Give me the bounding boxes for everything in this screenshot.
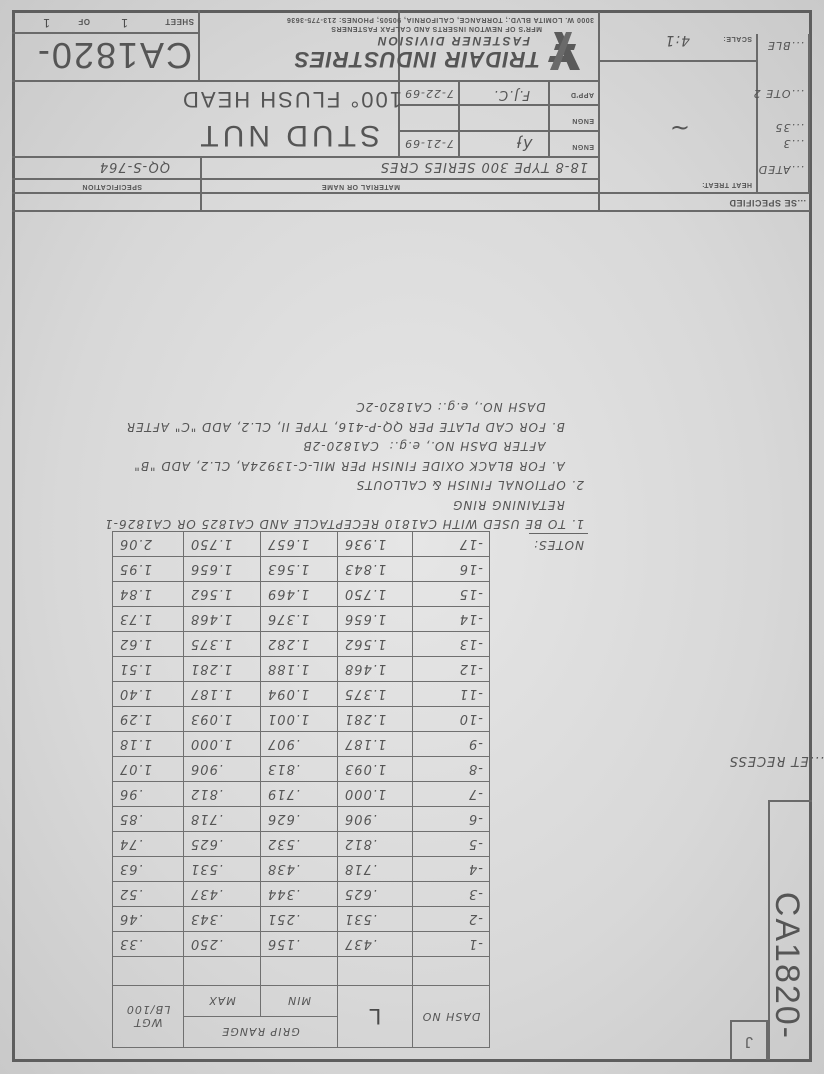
cell-wgt: .52 bbox=[113, 882, 184, 907]
cell-dash-no: -1 bbox=[413, 932, 490, 957]
cell-wgt: 1.29 bbox=[113, 707, 184, 732]
mfr-line: MFR'S OF NEWTON INSERTS AND CALFAX FASTE… bbox=[331, 25, 542, 32]
table-row: -4.718.438.531.63 bbox=[113, 857, 490, 882]
header-max: MAX bbox=[184, 986, 261, 1017]
cell-l: 1.187 bbox=[338, 732, 413, 757]
cell-grip-max: 1.000 bbox=[184, 732, 261, 757]
revision-letter: J bbox=[745, 1033, 753, 1050]
cell-dash-no: -16 bbox=[413, 557, 490, 582]
cell-grip-max: 1.375 bbox=[184, 632, 261, 657]
notes-heading: NOTES: bbox=[529, 534, 588, 555]
notes-section: NOTES: 1. TO BE USED WITH CA1810 RECEPTA… bbox=[24, 397, 584, 554]
note-line: 2. OPTIONAL FINISH & CALLOUTS bbox=[24, 475, 584, 495]
part-number: CA1820- bbox=[36, 34, 192, 76]
cell-l: 1.281 bbox=[338, 707, 413, 732]
unless-specified-label: ...SE SPECIFIED bbox=[729, 198, 806, 208]
engn1-label: ENGN bbox=[572, 143, 594, 150]
partial-text: ...BLE bbox=[767, 39, 804, 52]
cell-grip-max: .812 bbox=[184, 782, 261, 807]
engn1-signature: ʎɟ bbox=[515, 135, 532, 154]
cell-dash-no: -4 bbox=[413, 857, 490, 882]
drawing-sheet: CA1820- J ...ET RECESS DASH NO L GRIP RA… bbox=[0, 0, 824, 1074]
cell-l: .906 bbox=[338, 807, 413, 832]
cell-grip-max: .250 bbox=[184, 932, 261, 957]
cell-l: 1.375 bbox=[338, 682, 413, 707]
cell-wgt: 1.07 bbox=[113, 757, 184, 782]
note-line: A. FOR BLACK OXIDE FINISH PER MIL-C-1392… bbox=[24, 456, 584, 476]
specification-label: SPECIFICATION bbox=[82, 183, 142, 190]
header-grip-range: GRIP RANGE bbox=[184, 1017, 338, 1048]
cell-l: .625 bbox=[338, 882, 413, 907]
table-row: -111.3751.0941.1871.40 bbox=[113, 682, 490, 707]
cell-wgt: 1.40 bbox=[113, 682, 184, 707]
table-row: -151.7501.4691.5621.84 bbox=[113, 582, 490, 607]
cell-grip-max: .343 bbox=[184, 907, 261, 932]
table-row: -91.187.9071.0001.18 bbox=[113, 732, 490, 757]
cell-wgt: 1.62 bbox=[113, 632, 184, 657]
cell-grip-min: 1.188 bbox=[261, 657, 338, 682]
cell-grip-min: 1.282 bbox=[261, 632, 338, 657]
cell-dash-no: -2 bbox=[413, 907, 490, 932]
cell-l: .531 bbox=[338, 907, 413, 932]
drawing-title-line2: 100° FLUSH HEAD bbox=[181, 86, 402, 112]
of-label: OF bbox=[78, 17, 90, 26]
note-line: RETAINING RING bbox=[24, 495, 584, 515]
cell-grip-min: .907 bbox=[261, 732, 338, 757]
cell-wgt: 1.51 bbox=[113, 657, 184, 682]
cell-grip-min: 1.094 bbox=[261, 682, 338, 707]
cell-grip-max: .531 bbox=[184, 857, 261, 882]
cell-grip-min: .719 bbox=[261, 782, 338, 807]
table-row: -71.000.719.812.96 bbox=[113, 782, 490, 807]
table-row: -131.5621.2821.3751.62 bbox=[113, 632, 490, 657]
cell-grip-max: 1.656 bbox=[184, 557, 261, 582]
material-label: MATERIAL OR NAME bbox=[321, 183, 400, 190]
cell-l: 1.093 bbox=[338, 757, 413, 782]
side-part-number: CA1820- bbox=[767, 892, 806, 1040]
cell-grip-min: .532 bbox=[261, 832, 338, 857]
cell-grip-max: 1.562 bbox=[184, 582, 261, 607]
partial-callout: ...ET RECESS bbox=[729, 753, 824, 768]
cell-dash-no: -7 bbox=[413, 782, 490, 807]
cell-l: 1.750 bbox=[338, 582, 413, 607]
side-part-number-box: CA1820- bbox=[768, 800, 812, 1060]
table-blank-row bbox=[113, 957, 490, 986]
table-row: -2.531.251.343.46 bbox=[113, 907, 490, 932]
table-row: -161.8431.5631.6561.95 bbox=[113, 557, 490, 582]
cell-dash-no: -15 bbox=[413, 582, 490, 607]
cell-grip-min: .626 bbox=[261, 807, 338, 832]
scale-label: SCALE: bbox=[723, 35, 752, 42]
cell-wgt: .85 bbox=[113, 807, 184, 832]
cell-dash-no: -3 bbox=[413, 882, 490, 907]
cell-grip-min: 1.376 bbox=[261, 607, 338, 632]
cell-l: 1.468 bbox=[338, 657, 413, 682]
cell-grip-min: .813 bbox=[261, 757, 338, 782]
material-value: 18-8 TYPE 300 SERIES CRES bbox=[380, 159, 588, 174]
cell-grip-min: .156 bbox=[261, 932, 338, 957]
cell-grip-min: 1.563 bbox=[261, 557, 338, 582]
cell-grip-max: .906 bbox=[184, 757, 261, 782]
heat-treat-value: ~ bbox=[669, 114, 690, 142]
note-line: AFTER DASH NO., e.g.: CA1820-2B bbox=[24, 436, 584, 456]
partial-text: ...OTE 2 bbox=[753, 87, 804, 100]
drawing-title-line1: STUD NUT bbox=[196, 118, 380, 152]
table-row: -101.2811.0011.0931.29 bbox=[113, 707, 490, 732]
partial-text: ...35 bbox=[775, 121, 805, 134]
dash-number-table: DASH NO L GRIP RANGE WGT LB/100 MIN MAX … bbox=[112, 531, 490, 1048]
cell-dash-no: -9 bbox=[413, 732, 490, 757]
sheet-total: 1 bbox=[43, 16, 50, 30]
table-row: -141.6561.3761.4681.73 bbox=[113, 607, 490, 632]
heat-treat-label: HEAT TREAT: bbox=[702, 181, 752, 188]
cell-dash-no: -5 bbox=[413, 832, 490, 857]
sheet-number: 1 bbox=[121, 16, 128, 30]
cell-wgt: .96 bbox=[113, 782, 184, 807]
cell-dash-no: -10 bbox=[413, 707, 490, 732]
cell-wgt: 1.73 bbox=[113, 607, 184, 632]
revision-box: J bbox=[730, 1020, 768, 1060]
cell-dash-no: -11 bbox=[413, 682, 490, 707]
engn1-date: 7-21-69 bbox=[404, 137, 454, 150]
table-row: -121.4681.1881.2811.51 bbox=[113, 657, 490, 682]
cell-grip-max: 1.187 bbox=[184, 682, 261, 707]
cell-l: .437 bbox=[338, 932, 413, 957]
cell-grip-max: .437 bbox=[184, 882, 261, 907]
cell-dash-no: -8 bbox=[413, 757, 490, 782]
table-row: -1.437.156.250.33 bbox=[113, 932, 490, 957]
company-name: TRIDAIR INDUSTRIES bbox=[293, 46, 540, 72]
cell-wgt: .33 bbox=[113, 932, 184, 957]
cell-grip-max: 1.468 bbox=[184, 607, 261, 632]
cell-grip-max: .625 bbox=[184, 832, 261, 857]
partial-text: ...ATED bbox=[758, 163, 804, 176]
appd-date: 7-22-69 bbox=[404, 87, 454, 100]
cell-wgt: 1.95 bbox=[113, 557, 184, 582]
cell-dash-no: -13 bbox=[413, 632, 490, 657]
table-row: -3.625.344.437.52 bbox=[113, 882, 490, 907]
specification-value: QQ-S-764 bbox=[99, 159, 170, 174]
table-row: -81.093.813.9061.07 bbox=[113, 757, 490, 782]
table-row: -6.906.626.718.85 bbox=[113, 807, 490, 832]
cell-l: .812 bbox=[338, 832, 413, 857]
cell-grip-min: .344 bbox=[261, 882, 338, 907]
note-line: 1. TO BE USED WITH CA1810 RECEPTACLE AND… bbox=[24, 514, 584, 534]
company-division: FASTENER DIVISION bbox=[376, 34, 530, 48]
header-dash-no: DASH NO bbox=[413, 986, 490, 1048]
cell-dash-no: -12 bbox=[413, 657, 490, 682]
cell-dash-no: -14 bbox=[413, 607, 490, 632]
cell-l: 1.843 bbox=[338, 557, 413, 582]
cell-wgt: 1.84 bbox=[113, 582, 184, 607]
cell-grip-min: 1.001 bbox=[261, 707, 338, 732]
partial-text: ...3 bbox=[783, 137, 805, 150]
cell-grip-min: .251 bbox=[261, 907, 338, 932]
cell-grip-max: 1.093 bbox=[184, 707, 261, 732]
cell-l: 1.562 bbox=[338, 632, 413, 657]
header-wgt: WGT LB/100 bbox=[113, 986, 184, 1048]
table-row: -5.812.532.625.74 bbox=[113, 832, 490, 857]
cell-l: 1.000 bbox=[338, 782, 413, 807]
cell-dash-no: -6 bbox=[413, 807, 490, 832]
note-line: B. FOR CAD PLATE PER QQ-P-416, TYPE II, … bbox=[24, 417, 584, 437]
scale-value: 4:1 bbox=[664, 32, 690, 48]
address-line: 3000 W. LOMITA BLVD.; TORRANCE, CALIFORN… bbox=[286, 16, 594, 23]
cell-l: .718 bbox=[338, 857, 413, 882]
cell-grip-max: 1.281 bbox=[184, 657, 261, 682]
cell-l: 1.656 bbox=[338, 607, 413, 632]
cell-wgt: .74 bbox=[113, 832, 184, 857]
table-header-row: DASH NO L GRIP RANGE WGT LB/100 bbox=[113, 1017, 490, 1048]
engn2-label: ENGN bbox=[572, 117, 594, 124]
appd-label: APP'D bbox=[570, 91, 594, 98]
sheet-label: SHEET bbox=[165, 17, 194, 26]
cell-grip-min: .438 bbox=[261, 857, 338, 882]
cell-grip-max: .718 bbox=[184, 807, 261, 832]
cell-grip-min: 1.469 bbox=[261, 582, 338, 607]
note-line: DASH NO., e.g.: CA1820-2C bbox=[24, 397, 584, 417]
title-block: ...SE SPECIFIED ...ATED ...3 ...35 ...OT… bbox=[10, 10, 810, 212]
appd-signature: F.J.C. bbox=[493, 87, 530, 102]
header-l: L bbox=[338, 986, 413, 1048]
cell-wgt: .46 bbox=[113, 907, 184, 932]
cell-wgt: 1.18 bbox=[113, 732, 184, 757]
tridair-logo-icon bbox=[544, 28, 584, 72]
cell-wgt: .63 bbox=[113, 857, 184, 882]
header-min: MIN bbox=[261, 986, 338, 1017]
